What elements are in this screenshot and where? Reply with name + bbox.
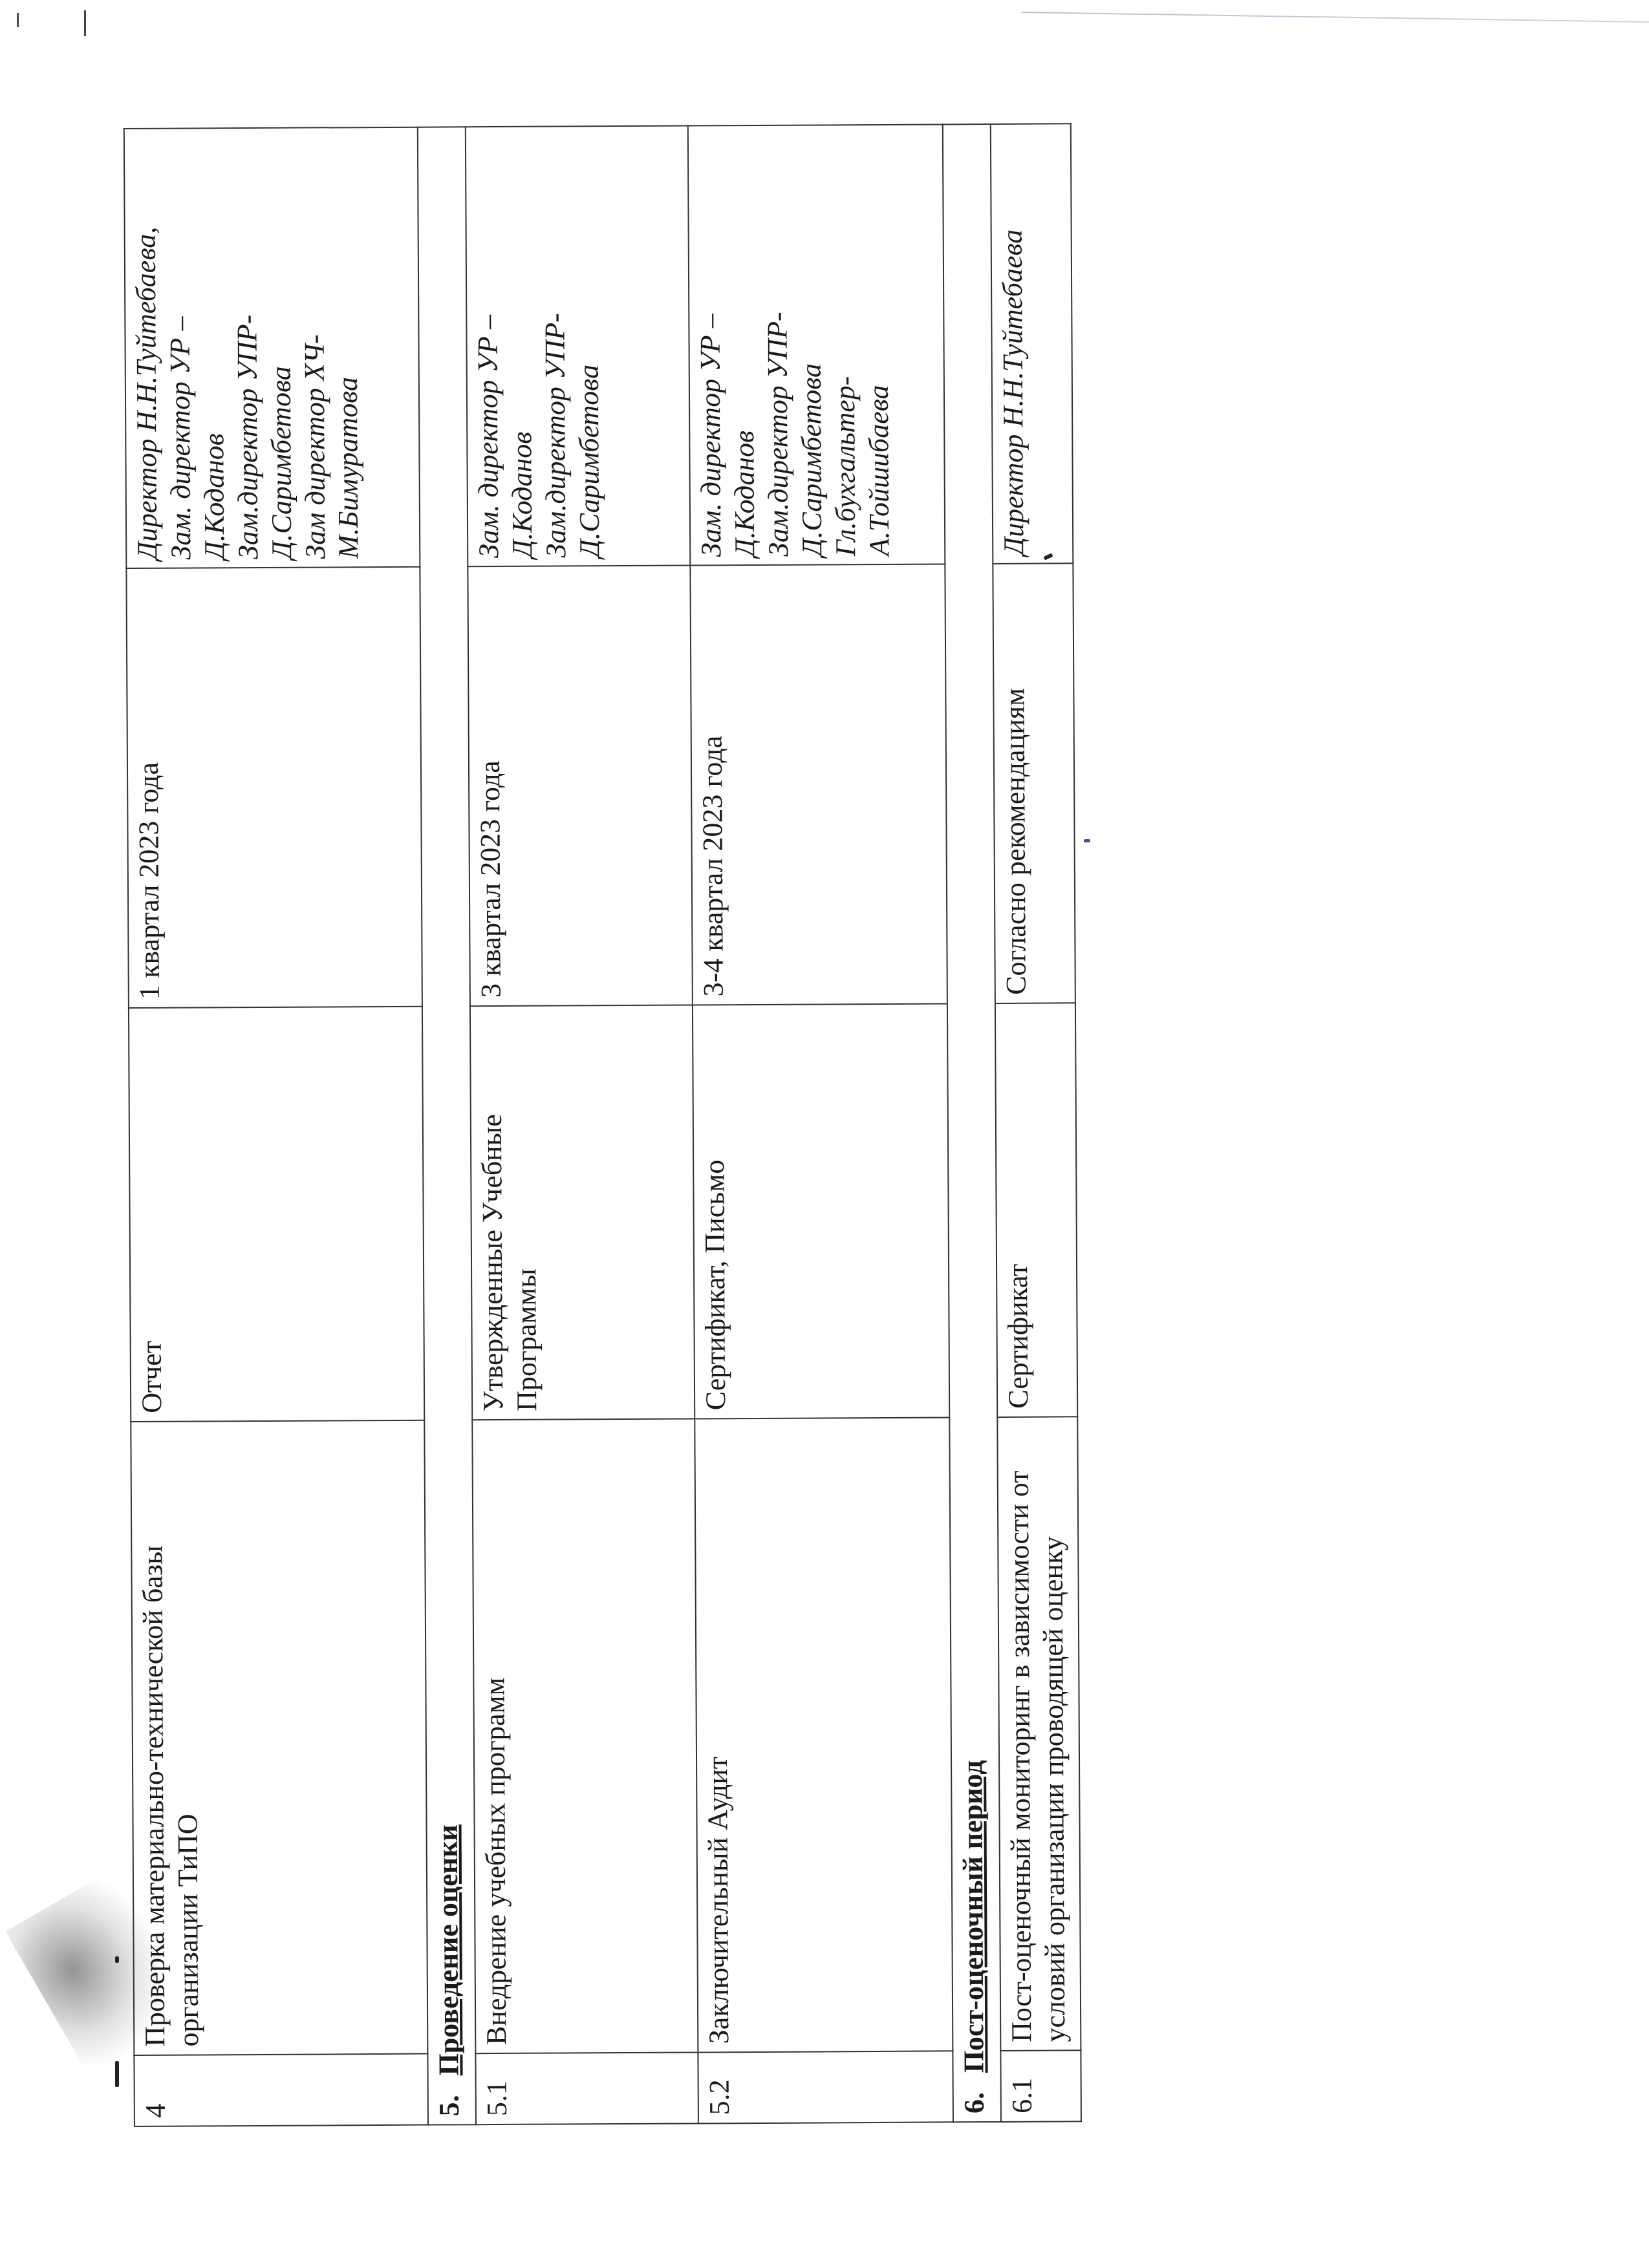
scan-artifact-mark [17,13,19,27]
activity-cell: Проверка материально-технической базы ор… [131,1420,427,2055]
deadline-cell: 1 квартал 2023 года [126,567,422,1008]
table-row: 5.2 Заключительный Аудит Сертификат, Пис… [688,124,953,2123]
scan-artifact-speck [1084,839,1090,842]
deadline-cell: 3-4 квартал 2023 года [690,564,947,1005]
responsible-cell: Директор Н.Н.Туйтебаева [991,123,1073,564]
deadline-cell: 3 квартал 2023 года [468,565,693,1006]
result-cell: Сертификат [995,1003,1077,1417]
scan-artifact-speck [115,1956,119,1963]
deadline-cell: Согласно рекомендациям [993,563,1075,1003]
section-title: Проведение оценки [432,1824,465,2076]
scan-artifact-line [1022,12,1649,23]
rotated-document-table: 4 Проверка материально-технической базы … [124,124,1082,2127]
table-row: 5.1 Внедрение учебных программ Утвержден… [466,125,698,2124]
responsible-cell: Зам. директор УР – Д.Коданов Зам.директо… [466,125,691,566]
row-number: 6.1 [1000,2050,1081,2122]
scan-artifact-mark [84,10,86,36]
plan-table: 4 Проверка материально-технической базы … [124,123,1082,2127]
responsible-cell: Зам. директор УР – Д.Коданов Зам.директо… [688,124,945,565]
section-number: 5. [433,2095,466,2116]
row-number: 5.1 [475,2052,698,2124]
result-cell: Утвержденные Учебные Программы [470,1005,695,1420]
activity-cell: Заключительный Аудит [695,1417,953,2052]
scan-artifact-speck [115,2061,119,2087]
table-row: 6.1 Пост-оценочный мониторинг в зависимо… [991,123,1081,2122]
activity-cell: Внедрение учебных программ [472,1418,698,2053]
section-number: 6. [958,2092,991,2113]
table-row: 4 Проверка материально-технической базы … [124,127,428,2126]
activity-cell: Пост-оценочный мониторинг в зависимости … [997,1417,1081,2051]
section-title: Пост-оценочный период [956,1760,990,2073]
row-number: 4 [134,2054,428,2126]
responsible-cell: Директор Н.Н.Туйтебаева, Зам. директор У… [124,127,420,568]
result-cell: Отчет [129,1007,424,1422]
row-number: 5.2 [698,2051,953,2123]
result-cell: Сертификат, Письмо [693,1003,949,1418]
